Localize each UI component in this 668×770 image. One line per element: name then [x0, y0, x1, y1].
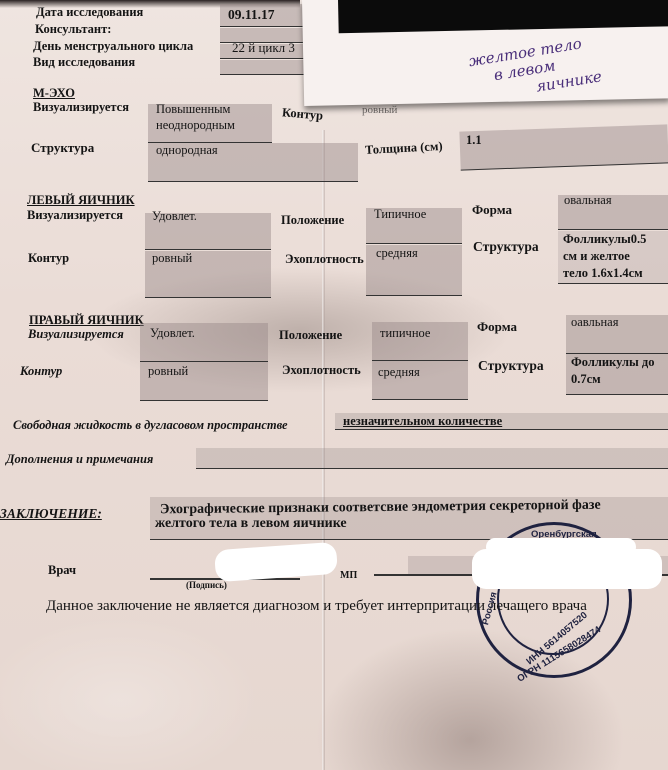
right-ovary-structure-label: Структура: [478, 358, 544, 374]
left-ovary-echodensity-label: Эхоплотность: [285, 252, 364, 267]
right-ovary-shape-value: оавльная: [571, 315, 618, 330]
conclusion-label: ЗАКЛЮЧЕНИЕ:: [0, 506, 102, 522]
left-ovary-position-value: Типичное: [374, 207, 426, 222]
study-type-label: Вид исследования: [33, 55, 135, 70]
left-ovary-shape-label: Форма: [472, 202, 512, 218]
study-date-label: Дата исследования: [36, 5, 143, 20]
cycle-day-value: 22 й цикл 3: [232, 40, 295, 56]
m-echo-title: М-ЭХО: [33, 86, 75, 101]
m-echo-structure-value: однородная: [156, 143, 218, 158]
free-fluid-label: Свободная жидкость в дугласовом простран…: [13, 418, 288, 433]
study-date-value: 09.11.17: [228, 7, 275, 23]
m-echo-visualized-label: Визуализируется: [33, 100, 129, 115]
right-ovary-shape-label: Форма: [477, 319, 517, 335]
left-ovary-structure-value-3: тело 1.6х1.4см: [563, 266, 643, 281]
right-ovary-contour-value: ровный: [148, 364, 188, 379]
left-ovary-visualized-value: Удовлет.: [152, 209, 197, 224]
m-echo-visualized-value-1: Повышенным: [156, 102, 230, 117]
right-ovary-visualized-value: Удовлет.: [150, 326, 195, 341]
conclusion-line-2: желтого тела в левом яичнике: [155, 516, 347, 532]
m-echo-structure-label: Структура: [31, 140, 94, 156]
left-ovary-title: ЛЕВЫЙ ЯИЧНИК: [27, 193, 135, 208]
left-ovary-echodensity-value: средняя: [376, 246, 418, 261]
left-ovary-structure-value-1: Фолликулы0.5: [563, 232, 646, 247]
right-ovary-echodensity-value: средняя: [378, 365, 420, 380]
m-echo-thickness-value: 1.1: [466, 133, 482, 148]
left-ovary-contour-value: ровный: [152, 251, 192, 266]
disclaimer: Данное заключение не является диагнозом …: [46, 598, 587, 615]
redaction-doctor-name-top: [486, 538, 636, 556]
right-ovary-structure-value-1: Фолликулы до: [571, 355, 654, 370]
left-ovary-contour-label: Контур: [28, 251, 69, 266]
sticky-note-dark-area: [338, 0, 668, 33]
study-type-cell: [220, 60, 304, 75]
left-ovary-position-label: Положение: [281, 213, 344, 228]
left-ovary-structure-label: Структура: [473, 239, 539, 255]
m-echo-visualized-value-2: неоднородным: [156, 118, 235, 133]
m-echo-contour-value: ровный: [362, 104, 397, 116]
right-ovary-position-label: Положение: [279, 328, 342, 343]
left-ovary-visualized-label: Визуализируется: [27, 208, 123, 223]
right-ovary-echodensity-label: Эхоплотность: [282, 363, 361, 378]
signature-caption: (Подпись): [186, 580, 227, 590]
right-ovary-structure-value-2: 0.7см: [571, 372, 601, 387]
consultant-label: Консультант:: [35, 22, 111, 37]
notes-label: Дополнения и примечания: [6, 452, 153, 467]
seal-label: МП: [340, 570, 357, 581]
left-ovary-shape-value: овальная: [564, 193, 612, 208]
notes-field: [196, 448, 668, 469]
cycle-day-label: День менструального цикла: [33, 39, 193, 54]
sticky-note: желтое тело в левом яичнике: [302, 0, 668, 106]
left-ovary-structure-value-2: см и желтое: [563, 249, 630, 264]
right-ovary-position-value: типичное: [380, 326, 430, 341]
right-ovary-title: ПРАВЫЙ ЯИЧНИК: [29, 313, 144, 328]
doctor-label: Врач: [48, 563, 76, 578]
m-echo-thickness-cell: [459, 124, 668, 170]
right-ovary-visualized-label: Визуализируется: [28, 327, 124, 342]
right-ovary-contour-label: Контур: [20, 364, 62, 379]
free-fluid-value: незначительном количестве: [343, 414, 502, 429]
